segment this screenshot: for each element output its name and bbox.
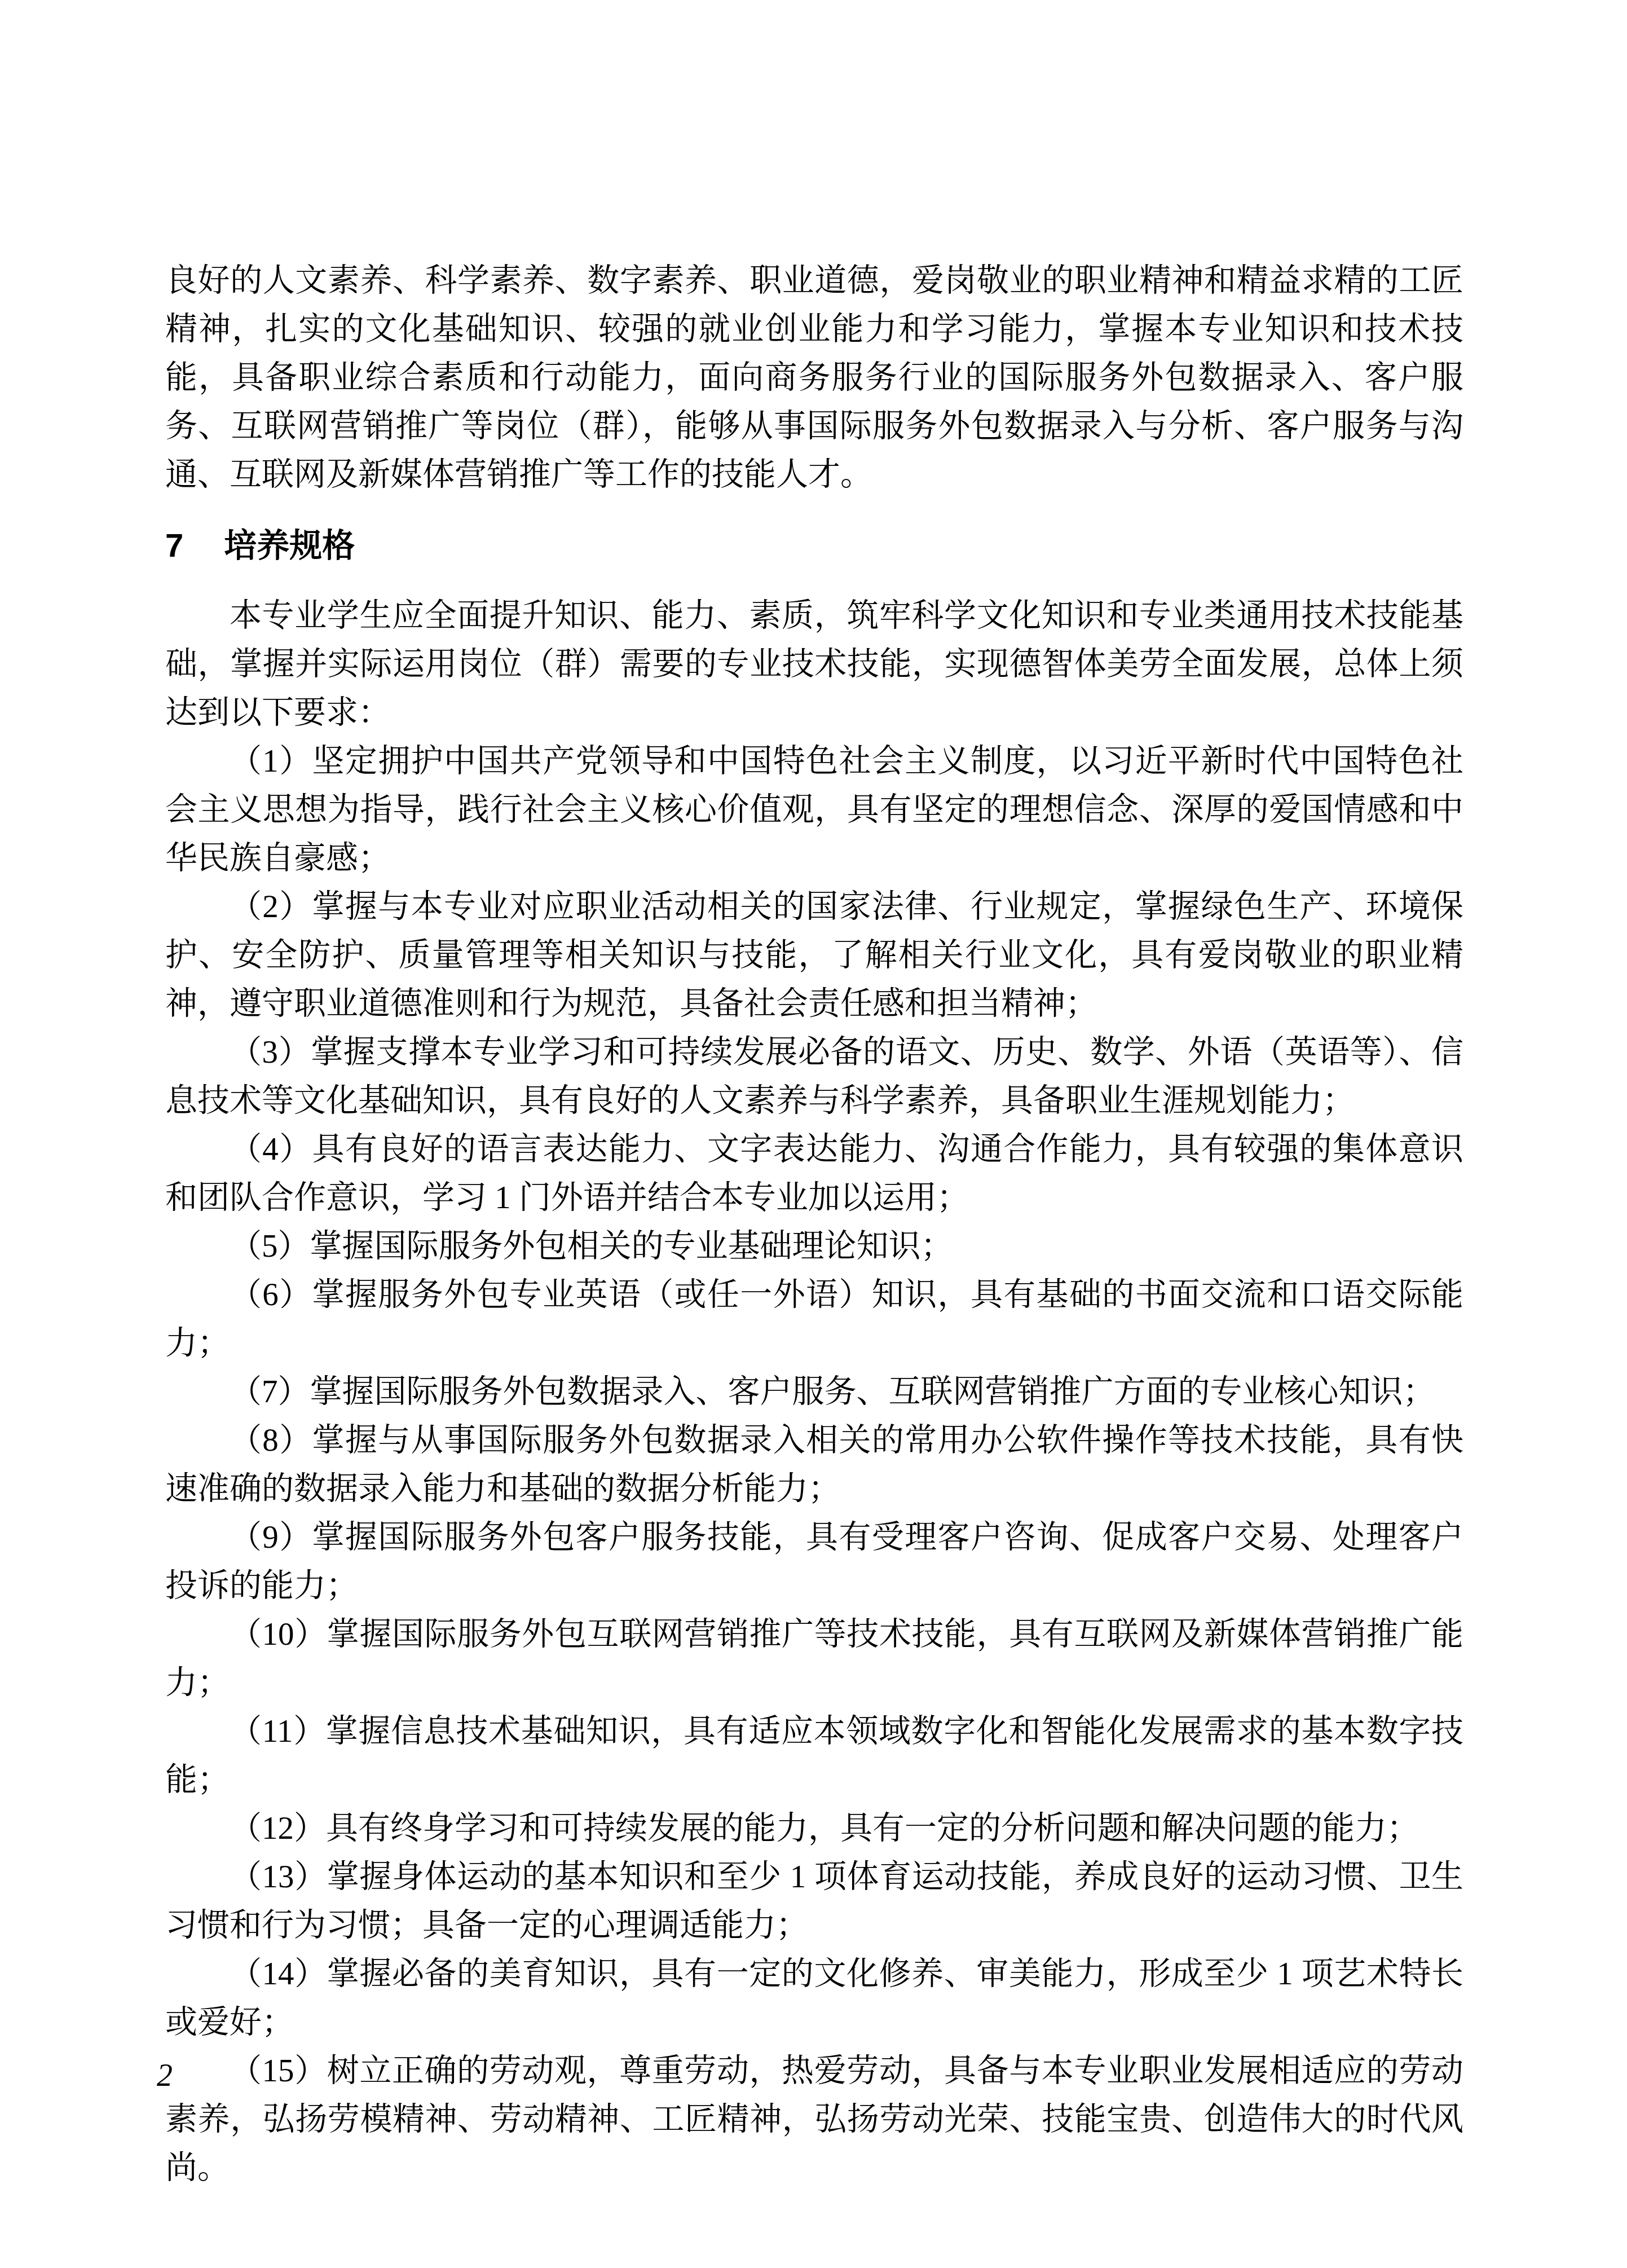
- requirement-item-7: （7）掌握国际服务外包数据录入、客户服务、互联网营销推广方面的专业核心知识；: [165, 1368, 1463, 1416]
- continuation-paragraph: 良好的人文素养、科学素养、数字素养、职业道德，爱岗敬业的职业精神和精益求精的工匠…: [165, 257, 1463, 499]
- requirement-item-12: （12）具有终身学习和可持续发展的能力，具有一定的分析问题和解决问题的能力；: [165, 1804, 1463, 1853]
- requirement-item-1: （1）坚定拥护中国共产党领导和中国特色社会主义制度，以习近平新时代中国特色社会主…: [165, 737, 1463, 883]
- requirement-item-10: （10）掌握国际服务外包互联网营销推广等技术技能，具有互联网及新媒体营销推广能力…: [165, 1610, 1463, 1707]
- section-heading: 7培养规格: [165, 522, 1463, 570]
- requirement-item-9: （9）掌握国际服务外包客户服务技能，具有受理客户咨询、促成客户交易、处理客户投诉…: [165, 1513, 1463, 1610]
- requirement-item-8: （8）掌握与从事国际服务外包数据录入相关的常用办公软件操作等技术技能，具有快速准…: [165, 1416, 1463, 1513]
- intro-paragraph: 本专业学生应全面提升知识、能力、素质，筑牢科学文化知识和专业类通用技术技能基础，…: [165, 592, 1463, 737]
- requirement-item-3: （3）掌握支撑本专业学习和可持续发展必备的语文、历史、数学、外语（英语等）、信息…: [165, 1028, 1463, 1125]
- requirement-item-11: （11）掌握信息技术基础知识，具有适应本领域数字化和智能化发展需求的基本数字技能…: [165, 1707, 1463, 1804]
- requirement-item-15: （15）树立正确的劳动观，尊重劳动，热爱劳动，具备与本专业职业发展相适应的劳动素…: [165, 2047, 1463, 2192]
- requirement-item-2: （2）掌握与本专业对应职业活动相关的国家法律、行业规定，掌握绿色生产、环境保护、…: [165, 883, 1463, 1028]
- document-page: 良好的人文素养、科学素养、数字素养、职业道德，爱岗敬业的职业精神和精益求精的工匠…: [0, 0, 1627, 2268]
- page-number: 2: [157, 2058, 173, 2094]
- page-text-block: 良好的人文素养、科学素养、数字素养、职业道德，爱岗敬业的职业精神和精益求精的工匠…: [165, 257, 1463, 2192]
- requirement-item-5: （5）掌握国际服务外包相关的专业基础理论知识；: [165, 1222, 1463, 1271]
- requirement-item-14: （14）掌握必备的美育知识，具有一定的文化修养、审美能力，形成至少 1 项艺术特…: [165, 1950, 1463, 2047]
- section-number: 7: [165, 527, 183, 564]
- section-title: 培养规格: [224, 527, 355, 564]
- requirement-item-13: （13）掌握身体运动的基本知识和至少 1 项体育运动技能，养成良好的运动习惯、卫…: [165, 1853, 1463, 1950]
- requirement-item-4: （4）具有良好的语言表达能力、文字表达能力、沟通合作能力，具有较强的集体意识和团…: [165, 1125, 1463, 1222]
- requirement-item-6: （6）掌握服务外包专业英语（或任一外语）知识，具有基础的书面交流和口语交际能力；: [165, 1271, 1463, 1368]
